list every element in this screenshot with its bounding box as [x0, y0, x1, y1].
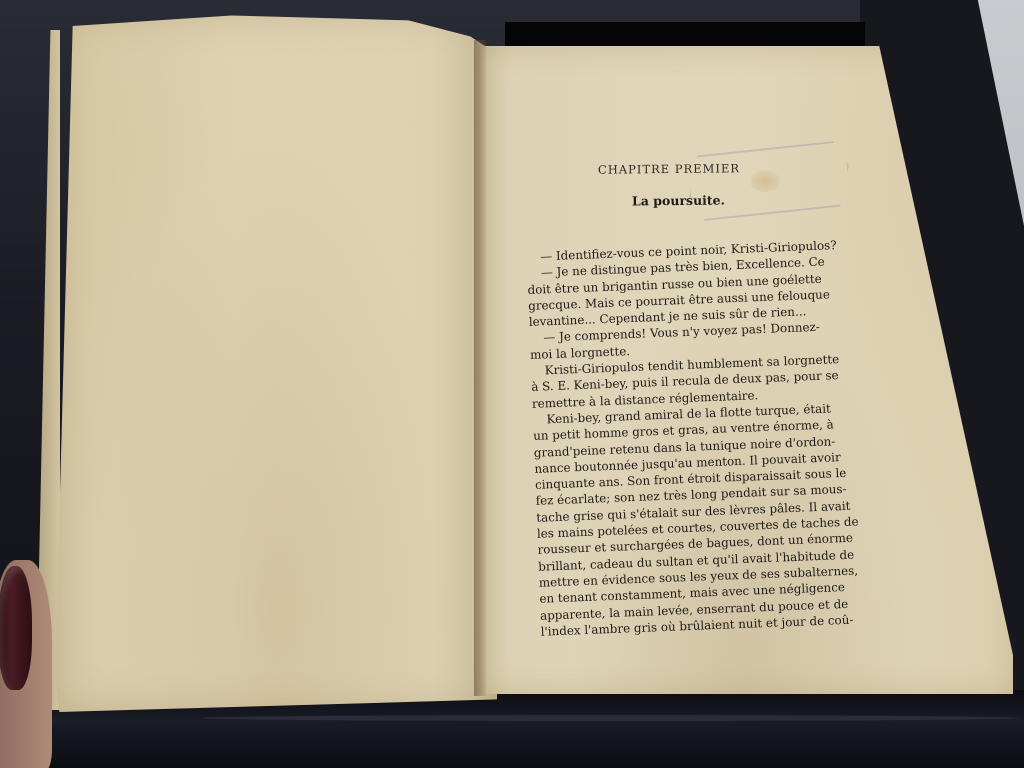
- book-photo-scene: CHAPITRE PREMIER La poursuite. — Identif…: [0, 0, 1024, 768]
- cradle-slot: [505, 22, 865, 50]
- cushion-highlight: [200, 715, 1020, 721]
- chapter-heading: CHAPITRE PREMIER: [598, 161, 740, 176]
- stain-mark: [750, 170, 780, 192]
- painted-fingernail: [0, 566, 32, 690]
- left-page-blank: [55, 12, 497, 712]
- book-gutter: [474, 40, 486, 696]
- page-body-text: — Identifiez-vous ce point noir, Kristi-…: [526, 235, 911, 640]
- chapter-title: La poursuite.: [632, 193, 725, 209]
